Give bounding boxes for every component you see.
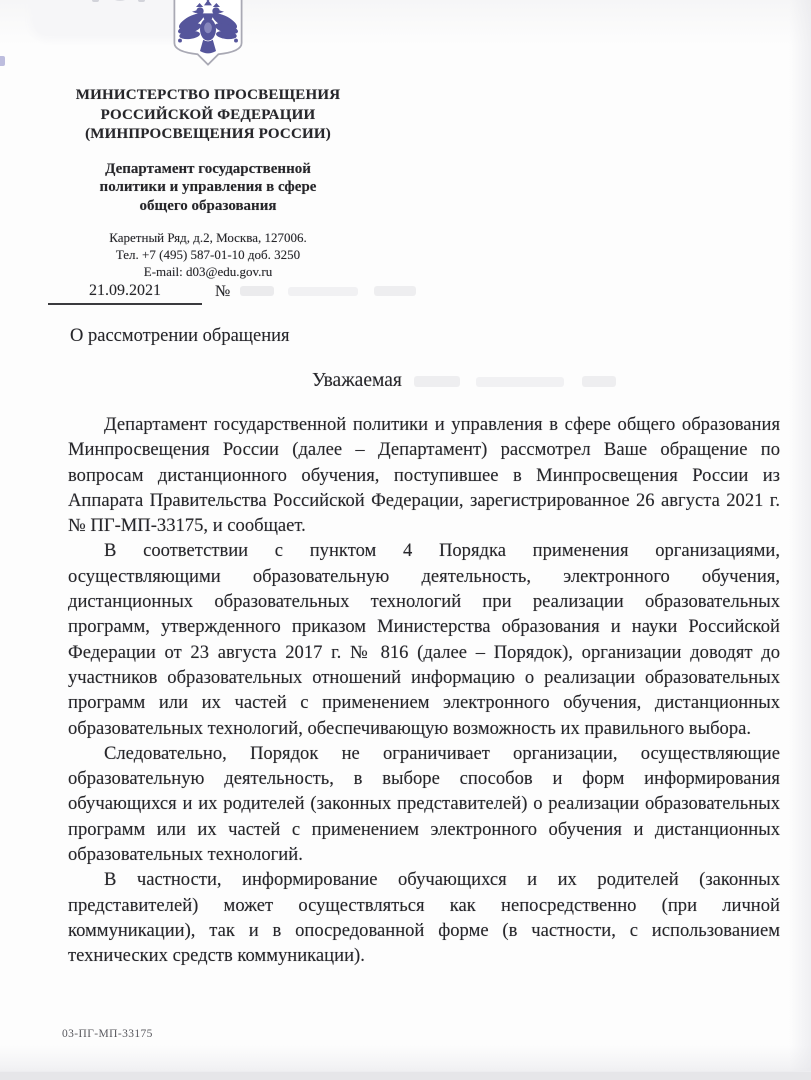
redacted-number	[288, 287, 358, 296]
salutation-row: Уважаемая	[312, 370, 616, 392]
stamp-trace	[92, 0, 99, 2]
redacted-addressee	[582, 376, 616, 387]
body-paragraph: В частности, информирование обучающихся …	[68, 867, 780, 968]
stamp-trace	[138, 0, 145, 2]
letterhead: МИНИСТЕРСТВО ПРОСВЕЩЕНИЯ РОССИЙСКОЙ ФЕДЕ…	[28, 86, 388, 280]
page-edge-strip	[0, 1071, 811, 1080]
scan-edge-shading	[789, 0, 811, 1080]
department-name: Департамент государственной политики и у…	[28, 160, 388, 216]
ministry-name-line: МИНИСТЕРСТВО ПРОСВЕЩЕНИЯ	[28, 86, 388, 106]
stamp-trace	[112, 0, 128, 1]
department-name-line: общего образования	[28, 197, 388, 216]
number-label: №	[215, 282, 230, 301]
redacted-addressee	[476, 377, 564, 387]
body-paragraph: Департамент государственной политики и у…	[68, 412, 780, 538]
department-name-line: Департамент государственной	[28, 160, 388, 179]
postal-address-line: Каретный Ряд, д.2, Москва, 127006.	[28, 229, 388, 246]
redacted-number	[240, 286, 274, 296]
letter-body: Департамент государственной политики и у…	[68, 412, 780, 969]
redacted-addressee	[414, 376, 460, 387]
salutation: Уважаемая	[312, 370, 402, 391]
scan-artifact-tick	[0, 56, 5, 66]
phone-line: Тел. +7 (495) 587-01-10 доб. 3250	[28, 246, 388, 263]
redacted-number	[374, 286, 416, 296]
coat-of-arms-icon	[168, 0, 248, 75]
reference-line: 21.09.2021№	[48, 282, 748, 305]
body-paragraph: В соответствии с пунктом 4 Порядка приме…	[68, 538, 780, 740]
ministry-name-line: (МИНПРОСВЕЩЕНИЯ РОССИИ)	[28, 125, 388, 145]
document-page: МИНИСТЕРСТВО ПРОСВЕЩЕНИЯ РОССИЙСКОЙ ФЕДЕ…	[0, 0, 811, 1080]
breast-shield	[204, 22, 212, 33]
body-paragraph: Следовательно, Порядок не ограничивает о…	[68, 741, 780, 867]
date-field: 21.09.2021	[48, 282, 202, 305]
department-name-line: политики и управления в сфере	[28, 178, 388, 197]
subject-line: О рассмотрении обращения	[70, 326, 290, 347]
contact-block: Каретный Ряд, д.2, Москва, 127006. Тел. …	[28, 229, 388, 280]
footer-reference-code: 03-ПГ-МП-33175	[62, 1028, 153, 1040]
email-line: E-mail: d03@edu.gov.ru	[28, 263, 388, 280]
ministry-name: МИНИСТЕРСТВО ПРОСВЕЩЕНИЯ РОССИЙСКОЙ ФЕДЕ…	[28, 86, 388, 145]
ministry-name-line: РОССИЙСКОЙ ФЕДЕРАЦИИ	[28, 106, 388, 126]
